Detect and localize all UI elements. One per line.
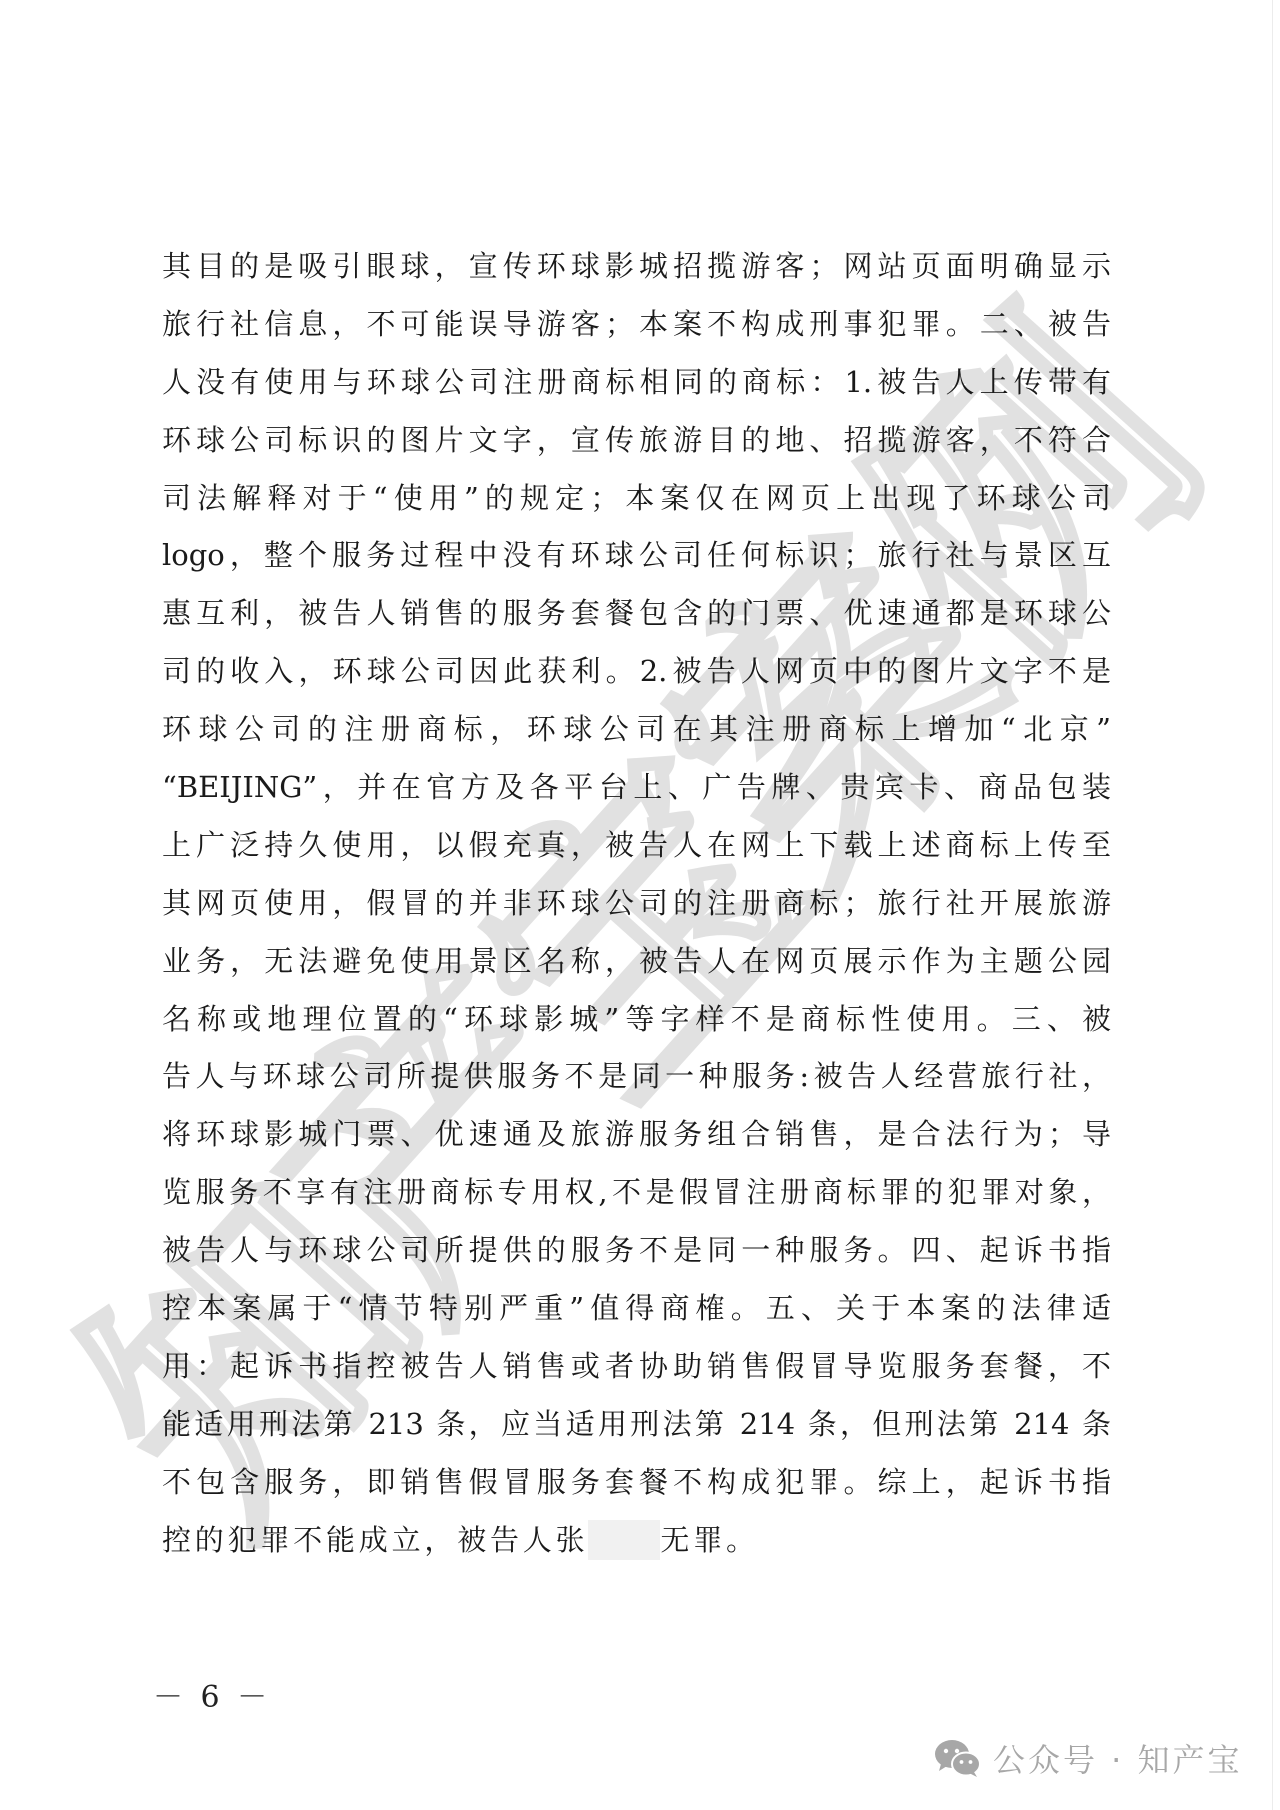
text-line: 控本案属于“情节特别严重”值得商榷。五、关于本案的法律适 bbox=[162, 1289, 1111, 1347]
text-line: 告人与环球公司所提供服务不是同一种服务:被告人经营旅行社， bbox=[162, 1057, 1111, 1115]
text-line: 司法解释对于“使用”的规定；本案仅在网页上出现了环球公司 bbox=[162, 479, 1111, 537]
text-line: logo，整个服务过程中没有环球公司任何标识；旅行社与景区互 bbox=[162, 536, 1111, 594]
text-line: 览服务不享有注册商标专用权,不是假冒注册商标罪的犯罪对象， bbox=[162, 1173, 1111, 1231]
text-line: 环球公司标识的图片文字，宣传旅游目的地、招揽游客，不符合 bbox=[162, 421, 1111, 479]
text-line: 将环球影城门票、优速通及旅游服务组合销售，是合法行为；导 bbox=[162, 1115, 1111, 1173]
text-line: 业务，无法避免使用景区名称，被告人在网页展示作为主题公园 bbox=[162, 942, 1111, 1000]
final-line-after-redaction: 无罪。 bbox=[660, 1523, 758, 1557]
text-line: 司的收入，环球公司因此获利。2.被告人网页中的图片文字不是 bbox=[162, 652, 1111, 710]
text-line: 名称或地理位置的“环球影城”等字样不是商标性使用。三、被 bbox=[162, 1000, 1111, 1058]
text-line: 不包含服务，即销售假冒服务套餐不构成犯罪。综上，起诉书指 bbox=[162, 1463, 1111, 1521]
text-line: 用：起诉书指控被告人销售或者协助销售假冒导览服务套餐，不 bbox=[162, 1347, 1111, 1405]
page-number: － 6 － bbox=[153, 1672, 271, 1716]
redacted-name-box bbox=[588, 1520, 660, 1560]
footer-brand-label: 公众号 · 知产宝 bbox=[993, 1735, 1243, 1781]
text-line: 惠互利，被告人销售的服务套餐包含的门票、优速通都是环球公 bbox=[162, 594, 1111, 652]
text-line: “BEIJING”，并在官方及各平台上、广告牌、贵宾卡、商品包装 bbox=[162, 768, 1111, 826]
final-text-line: 控的犯罪不能成立，被告人张无罪。 bbox=[162, 1521, 1111, 1579]
footer-brand-watermark: 公众号 · 知产宝 bbox=[933, 1738, 1243, 1778]
final-line-before-redaction: 控的犯罪不能成立，被告人张 bbox=[162, 1523, 588, 1557]
text-line: 其网页使用，假冒的并非环球公司的注册商标；旅行社开展旅游 bbox=[162, 884, 1111, 942]
text-line: 人没有使用与环球公司注册商标相同的商标：1.被告人上传带有 bbox=[162, 363, 1111, 421]
document-body: 其目的是吸引眼球，宣传环球影城招揽游客；网站页面明确显示 旅行社信息，不可能误导… bbox=[162, 247, 1111, 1578]
text-line: 上广泛持久使用，以假充真，被告人在网上下载上述商标上传至 bbox=[162, 826, 1111, 884]
text-line: 其目的是吸引眼球，宣传环球影城招揽游客；网站页面明确显示 bbox=[162, 247, 1111, 305]
wechat-icon bbox=[933, 1738, 983, 1778]
page-edge bbox=[1272, 0, 1273, 1810]
text-line: 能适用刑法第 213 条，应当适用刑法第 214 条，但刑法第 214 条 bbox=[162, 1405, 1111, 1463]
text-line: 被告人与环球公司所提供的服务不是同一种服务。四、起诉书指 bbox=[162, 1231, 1111, 1289]
text-line: 环球公司的注册商标，环球公司在其注册商标上增加“北京” bbox=[162, 710, 1111, 768]
text-line: 旅行社信息，不可能误导游客；本案不构成刑事犯罪。二、被告 bbox=[162, 305, 1111, 363]
